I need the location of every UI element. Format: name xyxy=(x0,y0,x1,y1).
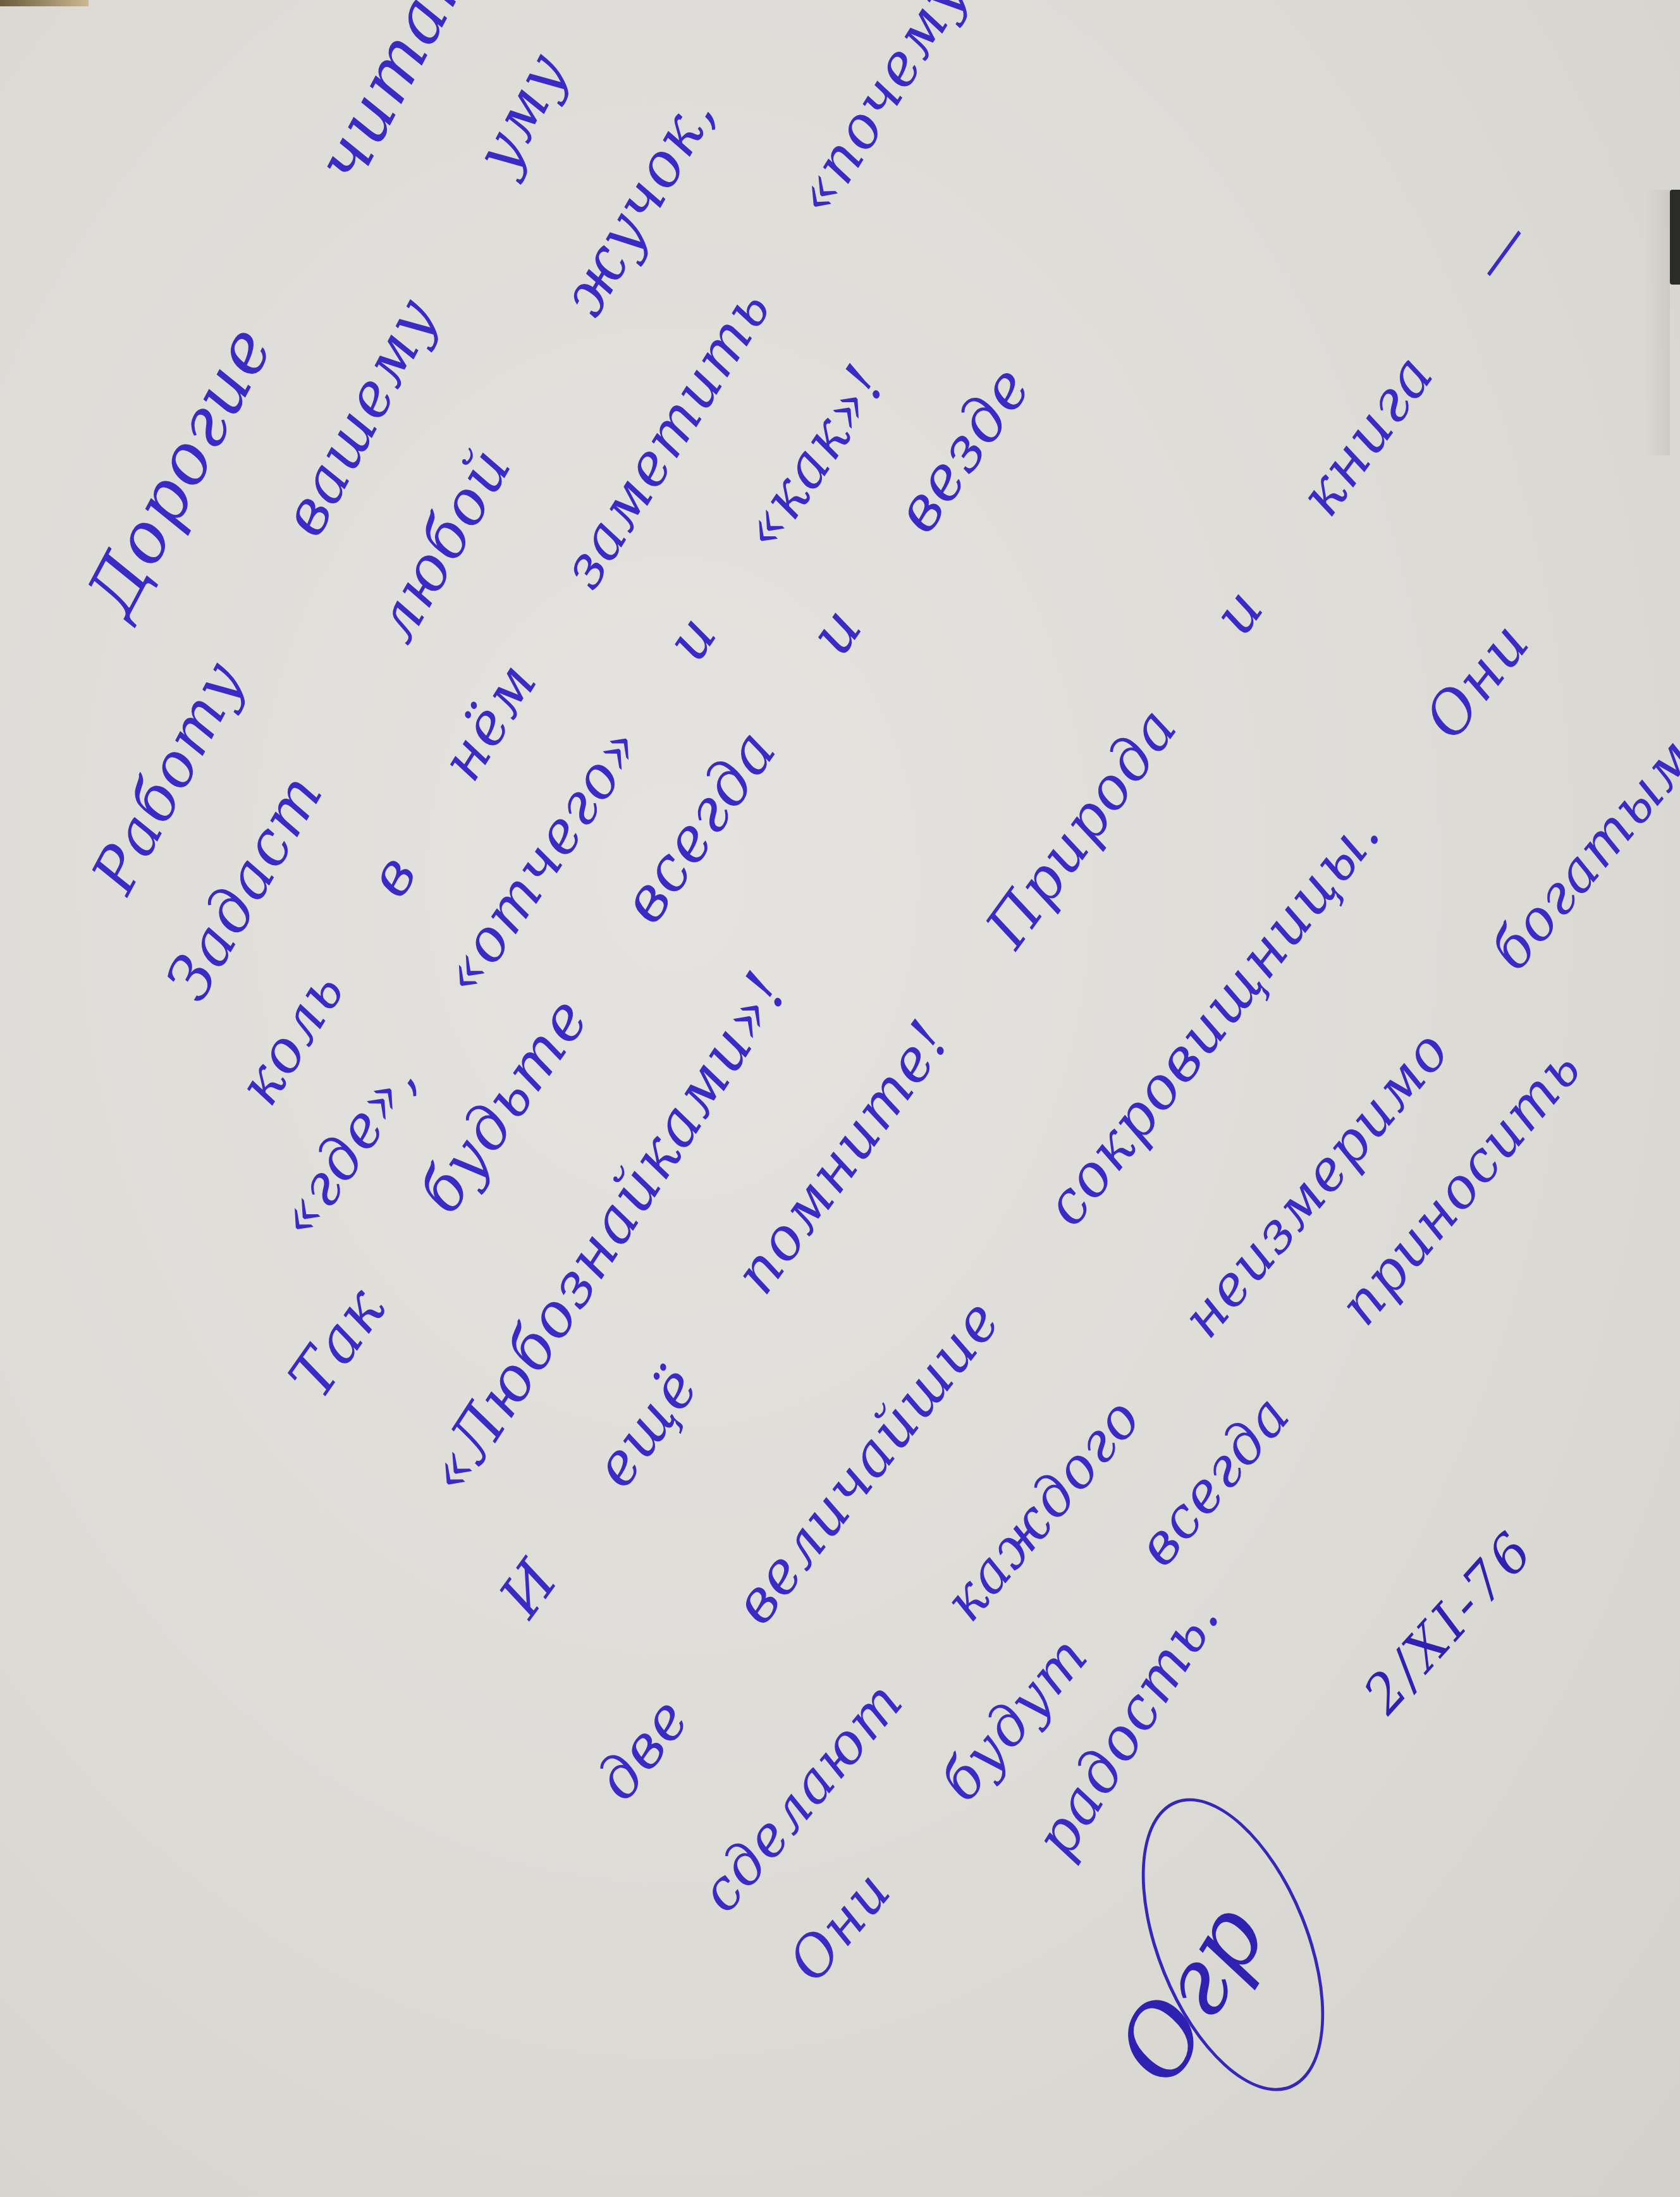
binding-shadow xyxy=(1645,190,1670,455)
text-line-9: сделают каждого неизмеримо богатым. xyxy=(691,713,1680,1921)
binding-clip xyxy=(1670,190,1680,285)
paper-page: Дорогие читатели! Работу вашему уму Зада… xyxy=(0,0,1680,2197)
date: 2/XI-76 xyxy=(1351,1518,1546,1725)
page-edge xyxy=(0,0,89,6)
text-line-4: «где», «отчего» и «как»! xyxy=(268,355,896,1247)
